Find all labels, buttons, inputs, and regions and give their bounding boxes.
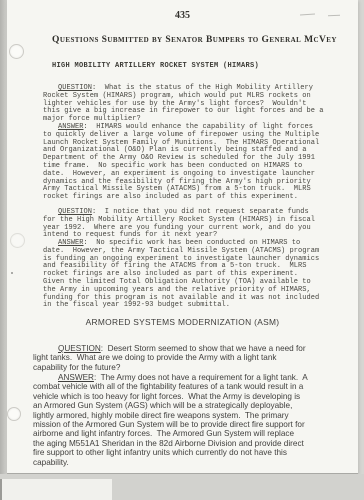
answer-text: : HIMARS would enhance the capability of… bbox=[43, 123, 319, 201]
himars-question-1: QUESTION: What is the status of the High… bbox=[43, 85, 339, 124]
himars-answer-1: ANSWER: HIMARS would enhance the capabil… bbox=[43, 124, 339, 202]
himars-section-heading: HIGH MOBILITY ARTILLERY ROCKET SYSTEM (H… bbox=[52, 62, 259, 70]
himars-question-2: QUESTION: I notice that you did not requ… bbox=[43, 209, 339, 240]
asm-section-heading: ARMORED SYSTEMS MODERNIZATION (ASM) bbox=[7, 317, 358, 327]
answer-text: : No specific work has been conducted on… bbox=[43, 239, 319, 309]
asm-question-1: QUESTION: Desert Storm seemed to show th… bbox=[33, 344, 350, 372]
underlying-page-edge bbox=[0, 479, 112, 500]
page-number: 435 bbox=[7, 10, 358, 21]
document-page: 435 Questions Submitted by Senator Bumpe… bbox=[7, 0, 358, 474]
question-label: QUESTION bbox=[58, 344, 101, 353]
document-title: Questions Submitted by Senator Bumpers t… bbox=[52, 35, 337, 45]
answer-label: ANSWER bbox=[58, 373, 94, 382]
answer-label: ANSWER bbox=[58, 239, 84, 247]
scan-speck bbox=[11, 272, 13, 274]
scan-left-edge bbox=[0, 0, 7, 474]
asm-answer-1: ANSWER: The Army does not have a require… bbox=[33, 373, 350, 467]
answer-label: ANSWER bbox=[58, 123, 84, 131]
hole-punch bbox=[10, 233, 25, 248]
answer-text: : The Army does not have a requirement f… bbox=[33, 373, 308, 467]
hole-punch bbox=[7, 407, 21, 421]
question-label: QUESTION bbox=[58, 208, 92, 216]
question-label: QUESTION bbox=[58, 84, 92, 92]
hole-punch bbox=[9, 44, 24, 59]
himars-answer-2: ANSWER: No specific work has been conduc… bbox=[43, 240, 339, 310]
